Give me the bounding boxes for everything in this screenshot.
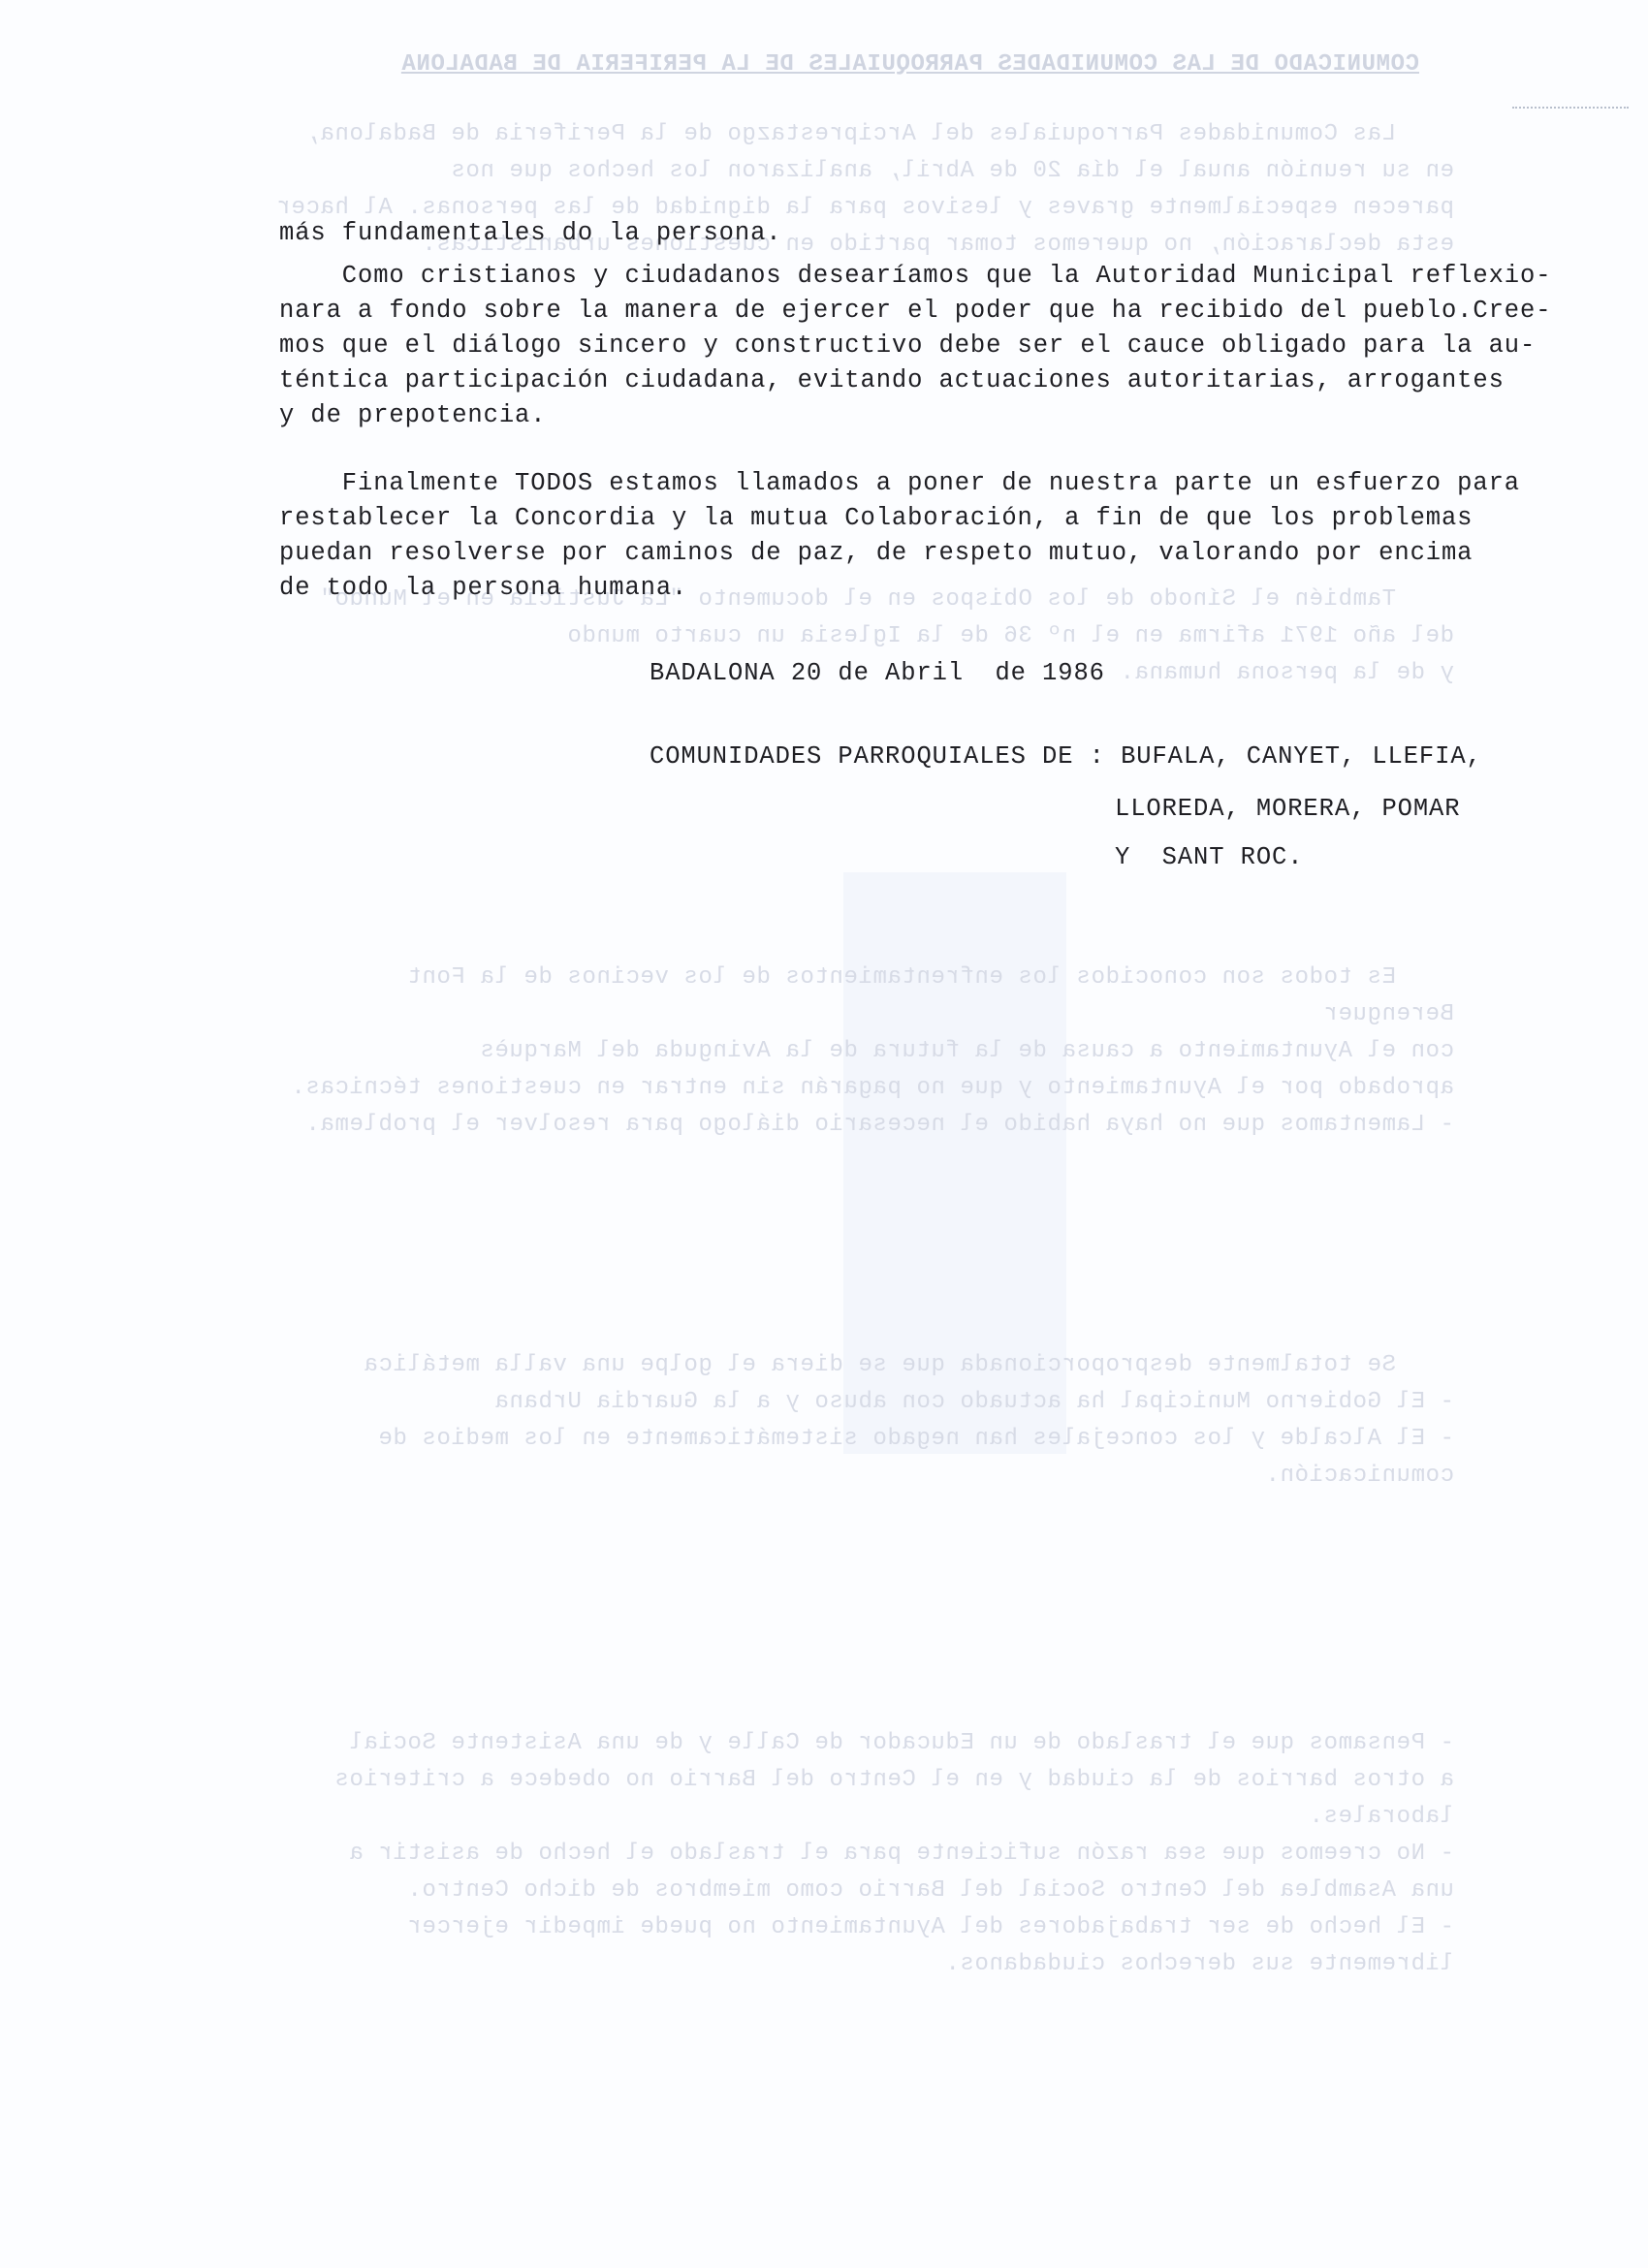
paragraph-1-line: más fundamentales do la persona. — [279, 219, 781, 247]
paragraph-3-line: de todo la persona humana. — [279, 574, 687, 602]
signature-line-2: LLOREDA, MORERA, POMAR — [1115, 795, 1460, 823]
document-body: más fundamentales do la persona. Como cr… — [0, 0, 1648, 2268]
paragraph-3-line: Finalmente TODOS estamos llamados a pone… — [279, 469, 1520, 497]
paragraph-2-line: mos que el diálogo sincero y constructiv… — [279, 331, 1536, 360]
paragraph-2-line: y de prepotencia. — [279, 401, 546, 429]
paragraph-2-line: nara a fondo sobre la manera de ejercer … — [279, 297, 1551, 325]
paragraph-3-line: puedan resolverse por caminos de paz, de… — [279, 539, 1473, 567]
paragraph-2-line: téntica participación ciudadana, evitand… — [279, 366, 1505, 394]
date-line: BADALONA 20 de Abril de 1986 — [650, 659, 1105, 687]
scanned-page: COMUNICADO DE LAS COMUNIDADES PARROQUIAL… — [0, 0, 1648, 2268]
paragraph-3-line: restablecer la Concordia y la mutua Cola… — [279, 504, 1473, 532]
paragraph-2-line: Como cristianos y ciudadanos desearíamos… — [279, 262, 1551, 290]
signature-line-1: COMUNIDADES PARROQUIALES DE : BUFALA, CA… — [650, 742, 1482, 771]
signature-line-3: Y SANT ROC. — [1115, 843, 1303, 871]
